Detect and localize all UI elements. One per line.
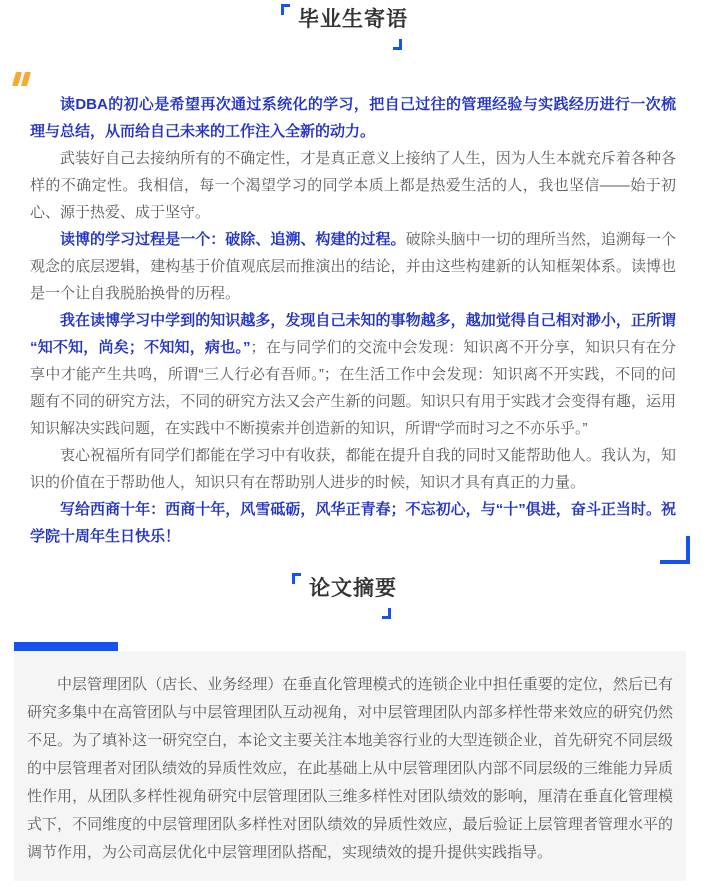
message-paragraph: 写给西商十年：西商十年，风雪砥砺，风华正青春；不忘初心，与“十”俱进，奋斗正当时…: [30, 496, 676, 550]
section-title-text: 毕业生寄语: [298, 8, 408, 31]
quote-icon: [14, 72, 706, 87]
message-paragraph: 衷心祝福所有同学们都能在学习中有收获，都能在提升自我的同时又能帮助他人。我认为，…: [30, 442, 676, 496]
accent-bar: [14, 642, 118, 651]
section-title-thesis-abstract: 论文摘要: [309, 575, 397, 603]
corner-bracket-bottom-right-icon: [382, 608, 391, 619]
corner-bracket-top-left-icon: [281, 4, 290, 15]
graduate-message-body: 读DBA的初心是希望再次通过系统化的学习，把自己过往的管理经验与实践经历进行一次…: [30, 91, 676, 550]
article-page: 毕业生寄语 读DBA的初心是希望再次通过系统化的学习，把自己过往的管理经验与实践…: [0, 6, 706, 889]
corner-bracket-top-left-icon: [292, 573, 301, 584]
graduate-message-header: 毕业生寄语: [0, 6, 706, 34]
abstract-box: 中层管理团队（店长、业务经理）在垂直化管理模式的连锁企业中担任重要的定位，然后已…: [14, 651, 686, 881]
abstract-text: 中层管理团队（店长、业务经理）在垂直化管理模式的连锁企业中担任重要的定位，然后已…: [27, 671, 673, 867]
emphasis-text: 读博的学习过程是一个：破除、追溯、构建的过程。: [60, 231, 406, 248]
emphasis-text: 读DBA的初心是希望再次通过系统化的学习，把自己过往的管理经验与实践经历进行一次…: [30, 96, 676, 140]
message-paragraph: 读DBA的初心是希望再次通过系统化的学习，把自己过往的管理经验与实践经历进行一次…: [30, 91, 676, 145]
emphasis-text: 写给西商十年：西商十年，风雪砥砺，风华正青春；不忘初心，与“十”俱进，奋斗正当时…: [30, 501, 676, 545]
thesis-abstract-section: 中层管理团队（店长、业务经理）在垂直化管理模式的连锁企业中担任重要的定位，然后已…: [0, 642, 706, 881]
body-text: 衷心祝福所有同学们都能在学习中有收获，都能在提升自我的同时又能帮助他人。我认为，…: [30, 447, 676, 491]
body-text: 武装好自己去接纳所有的不确定性，才是真正意义上接纳了人生，因为人生本就充斥着各种…: [30, 150, 676, 221]
section-title-graduate-message: 毕业生寄语: [298, 6, 408, 34]
message-paragraph: 我在读博学习中学到的知识越多，发现自己未知的事物越多，越加觉得自己相对渺小，正所…: [30, 307, 676, 442]
thesis-abstract-header: 论文摘要: [0, 575, 706, 603]
section-title-text: 论文摘要: [309, 577, 397, 600]
message-paragraph: 读博的学习过程是一个：破除、追溯、构建的过程。破除头脑中一切的理所当然，追溯每一…: [30, 226, 676, 307]
corner-bracket-bottom-right-icon: [393, 39, 402, 50]
corner-bracket-decoration-icon: [660, 536, 690, 564]
message-paragraph: 武装好自己去接纳所有的不确定性，才是真正意义上接纳了人生，因为人生本就充斥着各种…: [30, 145, 676, 226]
